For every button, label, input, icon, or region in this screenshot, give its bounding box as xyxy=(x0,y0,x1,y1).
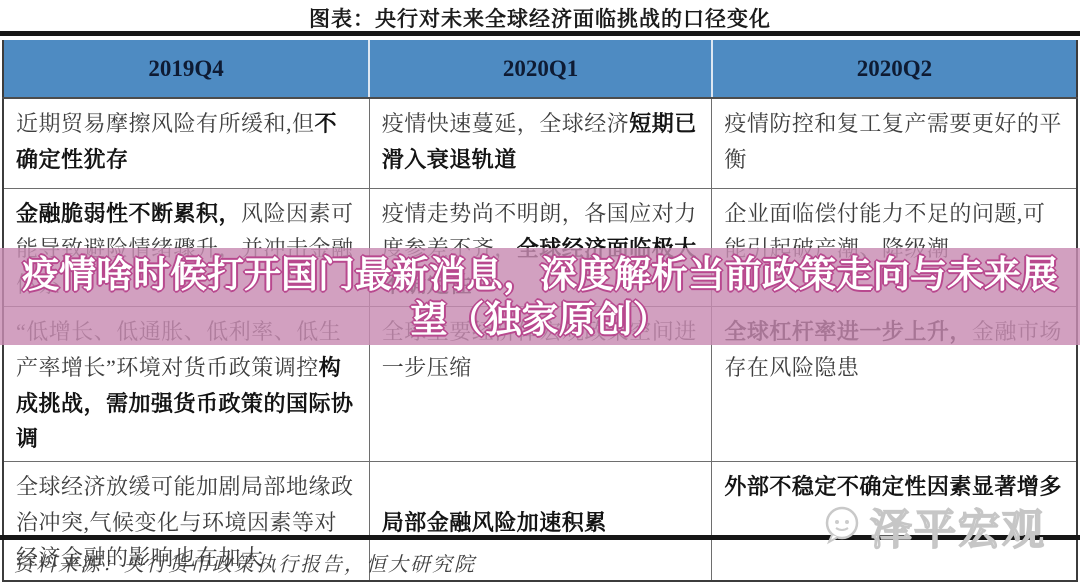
promo-overlay-line-2: 望（独家原创） xyxy=(411,297,670,342)
promo-overlay-banner: 疫情啥时候打开国门最新消息，深度解析当前政策走向与未来展 望（独家原创） xyxy=(0,248,1080,345)
watermark-label: 泽平宏观 xyxy=(870,497,1046,557)
column-header: 2020Q1 xyxy=(369,40,712,98)
cell-text-segment: 局部金融风险加速积累 xyxy=(382,510,607,535)
table-header-row: 2019Q42020Q12020Q2 xyxy=(3,40,1077,98)
cell-text-segment: 疫情防控和复工复产需要更好的平衡 xyxy=(724,111,1062,172)
table-cell: 近期贸易摩擦风险有所缓和,但不确定性犹存 xyxy=(3,98,369,188)
promo-overlay-line-1: 疫情啥时候打开国门最新消息，深度解析当前政策走向与未来展 xyxy=(22,252,1058,297)
top-rule xyxy=(0,31,1080,36)
source-note: 资料来源：央行货币政策执行报告，恒大研究院 xyxy=(14,548,476,577)
table-row: 近期贸易摩擦风险有所缓和,但不确定性犹存疫情快速蔓延，全球经济短期已滑入衰退轨道… xyxy=(3,98,1077,188)
figure: 图表：央行对未来全球经济面临挑战的口径变化 2019Q42020Q12020Q2… xyxy=(0,0,1080,586)
table-cell: 疫情防控和复工复产需要更好的平衡 xyxy=(712,98,1077,188)
cell-text-segment: 金融脆弱性不断累积， xyxy=(16,201,241,226)
table-cell: 疫情快速蔓延，全球经济短期已滑入衰退轨道 xyxy=(369,98,712,188)
cell-text-segment: 外部不稳定不确定性因素显著增多 xyxy=(724,474,1062,499)
watermark: 泽平宏观 xyxy=(820,497,1046,557)
column-header: 2020Q2 xyxy=(712,40,1077,98)
column-header: 2019Q4 xyxy=(3,40,369,98)
cell-text-segment: 疫情快速蔓延，全球经济 xyxy=(382,111,630,136)
zeping-macro-logo-icon xyxy=(820,502,866,553)
cell-text-segment: 近期贸易摩擦风险有所缓和,但 xyxy=(16,111,315,136)
figure-title: 图表：央行对未来全球经济面临挑战的口径变化 xyxy=(0,3,1080,33)
